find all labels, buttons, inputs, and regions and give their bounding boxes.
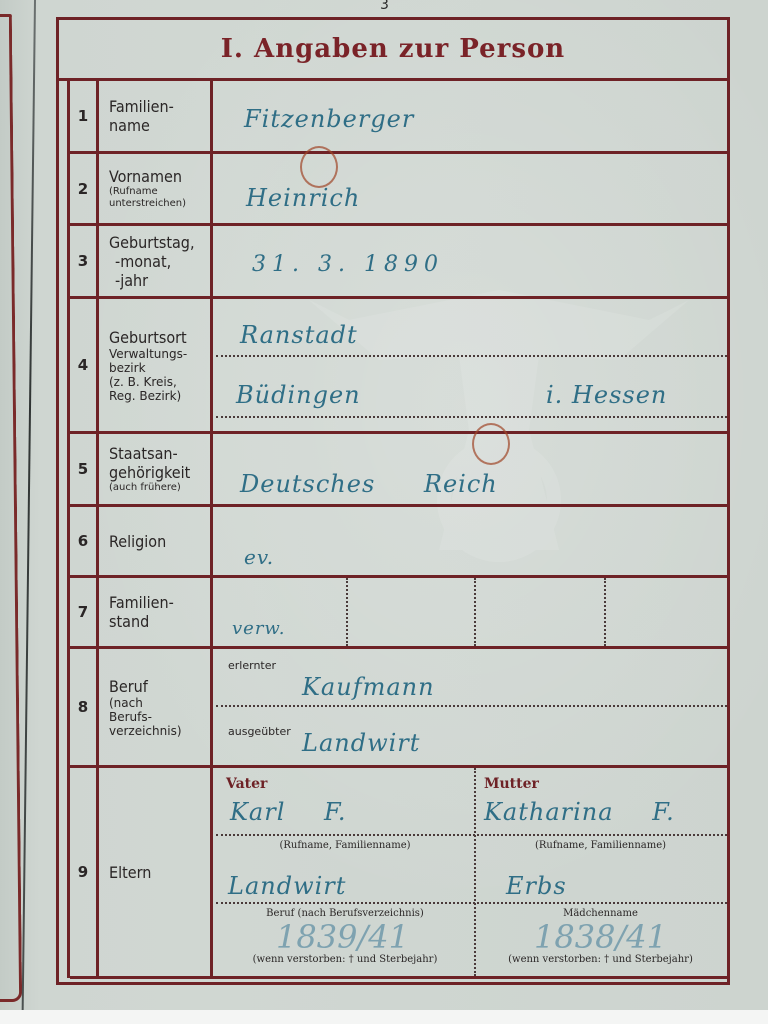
value-given-names: Heinrich: [216, 154, 727, 223]
label-occupation: Beruf (nach Berufs- verzeichnis): [99, 649, 213, 765]
label-line: stand: [109, 612, 210, 631]
label-given-names: Vornamen (Rufname unterstreichen): [99, 154, 213, 223]
row-occupation: 8 Beruf (nach Berufs- verzeichnis) erler…: [70, 649, 727, 768]
handwritten-birth-date: 31. 3. 1890: [252, 252, 444, 277]
personal-data-form: I. Angaben zur Person 1 Familien- name F…: [56, 17, 730, 985]
value-occupation: erlernter Kaufmann ausgeübter Landwirt: [216, 649, 727, 765]
row-marital-status: 7 Familien- stand verw.: [70, 578, 727, 649]
father-death-entry: 1839/41: [276, 918, 409, 956]
dotted-divider: [474, 768, 476, 976]
father-name-caption: (Rufname, Familienname): [216, 840, 474, 851]
rust-stain: [300, 146, 338, 188]
row-family-name: 1 Familien- name Fitzenberger: [70, 81, 727, 154]
background-table: [0, 1010, 768, 1024]
label-line: Familien-: [109, 97, 210, 116]
dotted-line: [216, 705, 727, 707]
label-parents: Eltern: [99, 768, 213, 976]
left-page-border: [0, 14, 22, 1002]
handwritten-mother-name: Katharina F.: [484, 798, 675, 826]
label-family-name: Familien- name: [99, 81, 213, 151]
label-line: gehörigkeit: [109, 463, 210, 482]
row-number: 3: [70, 226, 99, 296]
label-line: Familien-: [109, 593, 210, 612]
dotted-divider: [604, 578, 606, 646]
handwritten-practiced-occupation: Landwirt: [302, 729, 420, 757]
form-grid: 1 Familien- name Fitzenberger 2 Vornamen…: [67, 81, 727, 978]
label-sub: bezirk: [109, 361, 210, 375]
label-sub: Reg. Bezirk): [109, 389, 210, 403]
row-number: 6: [70, 507, 99, 575]
label-line: Eltern: [109, 863, 210, 882]
label-sub: (Rufname: [109, 186, 210, 198]
label-line: name: [109, 116, 210, 135]
practiced-occupation-label: ausgeübter: [228, 725, 291, 738]
label-line: Geburtsort: [109, 328, 210, 347]
mother-death-entry: 1838/41: [534, 918, 667, 956]
form-title-bar: I. Angaben zur Person: [59, 20, 727, 81]
label-line: -monat,: [109, 252, 210, 271]
row-religion: 6 Religion ev.: [70, 507, 727, 578]
mother-name-caption: (Rufname, Familienname): [474, 840, 727, 851]
label-sub: Berufs-: [109, 710, 210, 724]
label-line: -jahr: [109, 271, 210, 290]
label-sub: (nach: [109, 696, 210, 710]
row-birth-date: 3 Geburtstag, -monat, -jahr 31. 3. 1890: [70, 226, 727, 299]
handwritten-given-names: Heinrich: [246, 184, 360, 212]
handwritten-learned-occupation: Kaufmann: [302, 673, 435, 701]
row-number: 1: [70, 81, 99, 151]
label-line: Geburtstag,: [109, 233, 210, 252]
mother-heading: Mutter: [484, 776, 539, 792]
label-birth-date: Geburtstag, -monat, -jahr: [99, 226, 213, 296]
row-given-names: 2 Vornamen (Rufname unterstreichen) Hein…: [70, 154, 727, 226]
value-religion: ev.: [216, 507, 727, 575]
mother-death-caption: (wenn verstorben: † und Sterbejahr): [474, 954, 727, 965]
handwritten-citizenship: Deutsches Reich: [240, 470, 498, 498]
value-citizenship: Deutsches Reich: [216, 434, 727, 504]
dotted-line: [216, 902, 727, 904]
label-religion: Religion: [99, 507, 213, 575]
handwritten-mother-maiden-name: Erbs: [506, 872, 567, 900]
label-sub: unterstreichen): [109, 198, 210, 210]
label-line: Staatsan-: [109, 444, 210, 463]
value-marital-status: verw.: [216, 578, 727, 646]
page-number: 3: [380, 0, 389, 13]
label-sub: verzeichnis): [109, 724, 210, 738]
spine-crease: [22, 0, 36, 1010]
handwritten-father-occupation: Landwirt: [228, 872, 346, 900]
label-line: Beruf: [109, 677, 210, 696]
value-parents: Vater Karl F. (Rufname, Familienname) La…: [216, 768, 727, 976]
handwritten-birthplace: Ranstadt: [240, 321, 358, 349]
handwritten-religion: ev.: [244, 545, 274, 569]
label-marital-status: Familien- stand: [99, 578, 213, 646]
father-death-caption: (wenn verstorben: † und Sterbejahr): [216, 954, 474, 965]
dotted-divider: [346, 578, 348, 646]
row-number: 5: [70, 434, 99, 504]
label-line: Religion: [109, 532, 210, 551]
label-birthplace: Geburtsort Verwaltungs- bezirk (z. B. Kr…: [99, 299, 213, 431]
row-number: 2: [70, 154, 99, 223]
dotted-line: [216, 416, 727, 418]
dotted-line: [216, 834, 727, 836]
handwritten-father-name: Karl F.: [230, 798, 347, 826]
label-sub: (z. B. Kreis,: [109, 375, 210, 389]
row-number: 4: [70, 299, 99, 431]
learned-occupation-label: erlernter: [228, 659, 276, 672]
dotted-line: [216, 355, 727, 357]
handwritten-district: Büdingen: [236, 381, 361, 409]
row-number: 7: [70, 578, 99, 646]
value-birthplace: Ranstadt Büdingen i. Hessen: [216, 299, 727, 431]
value-family-name: Fitzenberger: [216, 81, 727, 151]
row-citizenship: 5 Staatsan- gehörigkeit (auch frühere) D…: [70, 434, 727, 507]
value-birth-date: 31. 3. 1890: [216, 226, 727, 296]
document-page: 3 I. Angaben zur Person 1 Familien- name…: [0, 0, 768, 1010]
label-line: Vornamen: [109, 167, 210, 186]
row-number: 8: [70, 649, 99, 765]
father-heading: Vater: [226, 776, 267, 792]
form-title: I. Angaben zur Person: [221, 34, 565, 64]
label-sub: (auch frühere): [109, 482, 210, 494]
row-birthplace: 4 Geburtsort Verwaltungs- bezirk (z. B. …: [70, 299, 727, 434]
handwritten-family-name: Fitzenberger: [244, 105, 414, 133]
label-citizenship: Staatsan- gehörigkeit (auch frühere): [99, 434, 213, 504]
dotted-divider: [474, 578, 476, 646]
handwritten-marital-status: verw.: [232, 618, 285, 639]
row-parents: 9 Eltern Vater Karl F. (Rufname, Familie…: [70, 768, 727, 979]
row-number: 9: [70, 768, 99, 976]
label-sub: Verwaltungs-: [109, 347, 210, 361]
handwritten-region: i. Hessen: [546, 381, 667, 409]
